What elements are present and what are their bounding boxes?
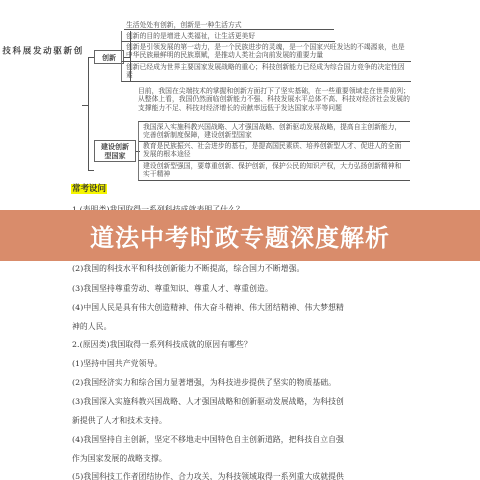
node-label: 创新 — [102, 53, 116, 62]
root-connector-bottom — [88, 170, 94, 171]
leaf-text: 创新的目的是增进人类福祉，让生活更美好 — [126, 32, 255, 40]
answer-line: (2)我国的科技水平和科技创新能力不断提高，综合国力不断增强。 — [72, 264, 304, 274]
innovative-country-item-3: 建设创新型强国，要尊重创新、保护创新，保护公民的知识产权，大力弘扬创新精神和实干… — [138, 161, 410, 181]
answer-line: (1)坚持中国共产党领导。 — [72, 359, 162, 369]
node-label-line: 型国家 — [105, 151, 126, 160]
leaf-text: 创新是引领发展的第一动力，是一个民族进步的灵魂，是一个国家兴旺发达的不竭源泉，也… — [126, 43, 405, 59]
root-char: 科 — [11, 46, 21, 166]
leaf-text: 教育是民族振兴、社会进步的基石，是提高国民素质、培养创新型人才、促进人的全面发展… — [143, 142, 401, 158]
leaf-text: 生活处处有创新，创新是一种生活方式 — [126, 21, 242, 29]
banner-title: 道法中考时政专题深度解析 — [90, 218, 390, 253]
answer-line: (4)我国坚持自主创新，坚定不移地走中国特色自主创新道路，把科技自立自强 — [72, 435, 344, 445]
innovative-country-item-1: 我国深入实施科教兴国战略、人才强国战略、创新驱动发展战略，提高自主创新能力，完善… — [138, 121, 410, 142]
leaf-text: 创新已经成为世界主要国家发展战略的重心；科技创新能力已经成为综合国力竞争的决定性… — [126, 63, 405, 79]
node-label-line: 建设创新 — [101, 142, 129, 151]
document-page: 创 新 驱 动 发 展 科 技 引 领 未 来 创新 生活处处有创新，创新是一种… — [0, 0, 480, 480]
root-char: 创 — [72, 46, 82, 166]
innovation-item-2: 创新的目的是增进人类福祉，让生活更美好 — [121, 31, 335, 42]
innovation-item-1: 生活处处有创新，创新是一种生活方式 — [124, 21, 334, 30]
answer-line: (3)我国深入实施科教兴国战略、人才强国战略和创新驱动发展战略，为科技创 — [72, 397, 344, 407]
mindmap-node-innovation: 创新 — [94, 50, 124, 64]
root-char: 驱 — [51, 46, 61, 166]
innovation-item-3: 创新是引领发展的第一动力，是一个民族进步的灵魂，是一个国家兴旺发达的不竭源泉，也… — [121, 42, 411, 62]
leaf-text: 我国深入实施科教兴国战略、人才强国战略、创新驱动发展战略，提高自主创新能力，完善… — [143, 123, 401, 139]
innovation-item-4: 创新已经成为世界主要国家发展战略的重心；科技创新能力已经成为综合国力竞争的决定性… — [121, 62, 411, 82]
root-char: 发 — [31, 46, 41, 166]
answer-line: 神的人民。 — [72, 322, 111, 332]
root-char: 动 — [41, 46, 51, 166]
question-2-title: 2.(原因类)我国取得一系列科技成就的原因有哪些？ — [72, 340, 252, 350]
mindmap-root-label: 创 新 驱 动 发 展 科 技 引 领 未 来 — [68, 46, 82, 166]
section-tag-common-questions: 常考设问 — [71, 184, 107, 194]
answer-line: (4)中国人民是具有伟大创造精神、伟大奋斗精神、伟大团结精神、伟大梦想精 — [72, 303, 344, 313]
innovative-country-intro: 目前，我国在尖端技术的掌握和创新方面打下了坚实基础，在一些重要领域走在世界前列；… — [138, 87, 410, 112]
answer-line: (5)我国科技工作者团结协作、合力攻关，为科技领域取得一系列重大成就提供 — [72, 472, 344, 480]
innovative-country-item-2: 教育是民族振兴、社会进步的基石，是提高国民素质、培养创新型人才、促进人的全面发展… — [138, 141, 410, 161]
mindmap-node-innovative-country: 建设创新 型国家 — [94, 140, 136, 162]
root-connector-vertical — [88, 57, 89, 170]
intro-text: 目前，我国在尖端技术的掌握和创新方面打下了坚实基础，在一些重要领域走在世界前列；… — [138, 87, 410, 112]
title-banner: 道法中考时政专题深度解析 — [0, 210, 480, 261]
answer-line: (3)我国坚持尊重劳动、尊重知识、尊重人才、尊重创造。 — [72, 284, 273, 294]
leaf-text: 建设创新型强国，要尊重创新、保护创新，保护公民的知识产权，大力弘扬创新精神和实干… — [143, 162, 401, 178]
answer-line: 作为国家发展的战略支撑。 — [72, 454, 167, 464]
root-char: 新 — [62, 46, 72, 166]
answer-line: (2)我国经济实力和综合国力显著增强，为科技进步提供了坚实的物质基础。 — [72, 378, 336, 388]
root-char: 展 — [21, 46, 31, 166]
root-char: 技 — [0, 46, 10, 166]
root-connector-mid — [82, 105, 89, 106]
answer-line: 新提供了人才和技术支持。 — [72, 416, 167, 426]
